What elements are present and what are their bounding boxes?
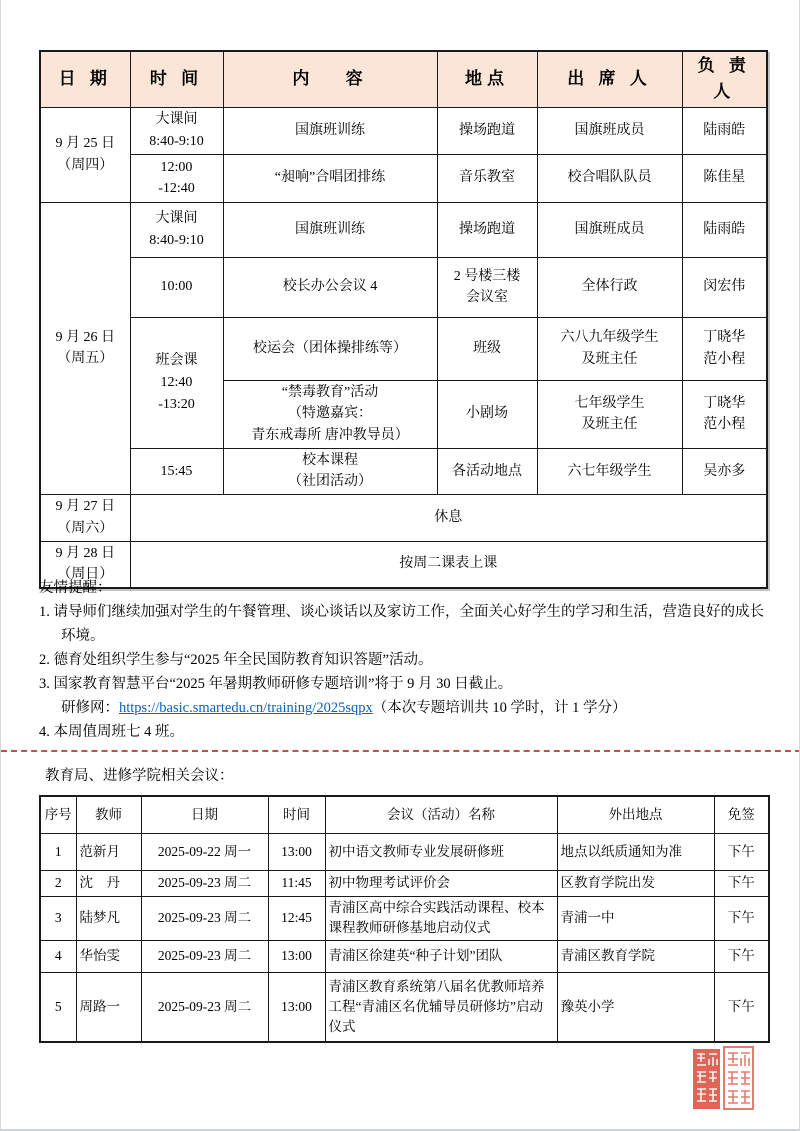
column-header-time: 时 间 [130, 51, 223, 107]
dashed-divider [1, 750, 800, 752]
reminder-item-3-sub: 研修网：https://basic.smartedu.cn/training/2… [39, 696, 771, 720]
content-cell: 校本课程 （社团活动） [223, 448, 437, 494]
date-cell: 2025-09-23 周二 [141, 940, 268, 972]
meetings-header-row: 序号 教师 日期 时间 会议（活动）名称 外出地点 免签 [40, 796, 769, 833]
content-cell: “禁毒教育”活动 （特邀嘉宾： 青东戒毒所 唐冲教导员） [223, 380, 437, 448]
teacher-cell: 周路一 [76, 972, 141, 1042]
column-header-meeting-name: 会议（活动）名称 [325, 796, 557, 833]
no-cell: 3 [40, 896, 76, 940]
owner-cell: 丁晓华 范小程 [682, 380, 767, 448]
owner-cell: 闵宏伟 [682, 257, 767, 317]
weekly-schedule-table: 日 期 时 间 内 容 地点 出 席 人 负 责 人 9 月 25 日 （周四）… [39, 50, 768, 589]
meetings-table: 序号 教师 日期 时间 会议（活动）名称 外出地点 免签 1 范新月 2025-… [39, 795, 770, 1043]
column-header-destination: 外出地点 [557, 796, 714, 833]
time-cell: 13:00 [268, 940, 325, 972]
exempt-cell: 下午 [714, 833, 769, 870]
attendees-cell: 六八九年级学生 及班主任 [537, 317, 682, 380]
column-header-time: 时间 [268, 796, 325, 833]
date-cell: 2025-09-23 周二 [141, 896, 268, 940]
training-site-label: 研修网： [61, 700, 119, 716]
no-cell: 1 [40, 833, 76, 870]
destination-cell: 青浦区教育学院 [557, 940, 714, 972]
content-cell: 休息 [130, 495, 767, 541]
teacher-cell: 华怡雯 [76, 940, 141, 972]
time-cell: 10:00 [130, 257, 223, 317]
meeting-name-cell: 青浦区教育系统第八届名优教师培养工程“青浦区名优辅导员研修坊”启动仪式 [325, 972, 557, 1042]
date-cell-sep27: 9 月 27 日 （周六） [40, 495, 130, 541]
column-header-teacher: 教师 [76, 796, 141, 833]
time-cell: 12:00 -12:40 [130, 154, 223, 202]
teacher-cell: 范新月 [76, 833, 141, 870]
date-cell: 2025-09-22 周一 [141, 833, 268, 870]
date-cell: 2025-09-23 周二 [141, 972, 268, 1042]
time-cell: 13:00 [268, 972, 325, 1042]
date-cell: 2025-09-23 周二 [141, 870, 268, 896]
red-seal-stamp [691, 1045, 755, 1113]
time-cell: 大课间 8:40-9:10 [130, 202, 223, 257]
time-cell: 大课间 8:40-9:10 [130, 107, 223, 154]
reminder-item-2: 2. 德育处组织学生参与“2025 年全民国防教育知识答题”活动。 [39, 648, 771, 672]
attendees-cell: 国旗班成员 [537, 107, 682, 154]
column-header-content: 内 容 [223, 51, 437, 107]
destination-cell: 青浦一中 [557, 896, 714, 940]
table-row: 9 月 25 日 （周四） 大课间 8:40-9:10 国旗班训练 操场跑道 国… [40, 107, 767, 154]
reminders-section: 友情提醒： 1. 请导师们继续加强对学生的午餐管理、谈心谈话以及家访工作，全面关… [39, 576, 771, 744]
content-cell: 国旗班训练 [223, 107, 437, 154]
document-page: 日 期 时 间 内 容 地点 出 席 人 负 责 人 9 月 25 日 （周四）… [0, 0, 800, 1131]
table-row: 1 范新月 2025-09-22 周一 13:00 初中语文教师专业发展研修班 … [40, 833, 769, 870]
content-cell: 国旗班训练 [223, 202, 437, 257]
time-cell: 15:45 [130, 448, 223, 494]
table-row: 班会课 12:40 -13:20 校运会（团体操排练等） 班级 六八九年级学生 … [40, 317, 767, 380]
content-cell: 校长办公会议 4 [223, 257, 437, 317]
meetings-section-title: 教育局、进修学院相关会议： [45, 764, 234, 785]
place-cell: 各活动地点 [437, 448, 537, 494]
meeting-name-cell: 青浦区高中综合实践活动课程、校本课程教师研修基地启动仪式 [325, 896, 557, 940]
date-cell-sep26: 9 月 26 日 （周五） [40, 202, 130, 494]
table-row: 5 周路一 2025-09-23 周二 13:00 青浦区教育系统第八届名优教师… [40, 972, 769, 1042]
attendees-cell: 国旗班成员 [537, 202, 682, 257]
table-row: 9 月 27 日 （周六） 休息 [40, 495, 767, 541]
place-cell: 操场跑道 [437, 107, 537, 154]
time-cell: 12:45 [268, 896, 325, 940]
date-cell-sep25: 9 月 25 日 （周四） [40, 107, 130, 202]
owner-cell: 陆雨皓 [682, 107, 767, 154]
place-cell: 操场跑道 [437, 202, 537, 257]
content-cell: 校运会（团体操排练等） [223, 317, 437, 380]
place-cell: 音乐教室 [437, 154, 537, 202]
time-cell: 13:00 [268, 833, 325, 870]
time-cell: 11:45 [268, 870, 325, 896]
time-cell: 班会课 12:40 -13:20 [130, 317, 223, 448]
attendees-cell: 校合唱队队员 [537, 154, 682, 202]
owner-cell: 吴亦多 [682, 448, 767, 494]
owner-cell: 丁晓华 范小程 [682, 317, 767, 380]
table-row: 9 月 26 日 （周五） 大课间 8:40-9:10 国旗班训练 操场跑道 国… [40, 202, 767, 257]
destination-cell: 豫英小学 [557, 972, 714, 1042]
exempt-cell: 下午 [714, 870, 769, 896]
table-row: 12:00 -12:40 “昶响”合唱团排练 音乐教室 校合唱队队员 陈佳星 [40, 154, 767, 202]
owner-cell: 陆雨皓 [682, 202, 767, 257]
place-cell: 班级 [437, 317, 537, 380]
reminders-title: 友情提醒： [39, 576, 771, 600]
column-header-place: 地点 [437, 51, 537, 107]
exempt-cell: 下午 [714, 940, 769, 972]
table-row: 10:00 校长办公会议 4 2 号楼三楼 会议室 全体行政 闵宏伟 [40, 257, 767, 317]
no-cell: 2 [40, 870, 76, 896]
teacher-cell: 陆梦凡 [76, 896, 141, 940]
owner-cell: 陈佳星 [682, 154, 767, 202]
reminder-item-4: 4. 本周值周班七 4 班。 [39, 720, 771, 744]
place-cell: 2 号楼三楼 会议室 [437, 257, 537, 317]
reminder-item-3: 3. 国家教育智慧平台“2025 年暑期教师研修专题培训”将于 9 月 30 日… [39, 672, 771, 696]
column-header-exempt: 免签 [714, 796, 769, 833]
destination-cell: 地点以纸质通知为准 [557, 833, 714, 870]
table-row: 4 华怡雯 2025-09-23 周二 13:00 青浦区徐建英“种子计划”团队… [40, 940, 769, 972]
column-header-attendees: 出 席 人 [537, 51, 682, 107]
column-header-date: 日 期 [40, 51, 130, 107]
meeting-name-cell: 初中语文教师专业发展研修班 [325, 833, 557, 870]
no-cell: 4 [40, 940, 76, 972]
reminder-item-1: 1. 请导师们继续加强对学生的午餐管理、谈心谈话以及家访工作，全面关心好学生的学… [39, 600, 771, 648]
destination-cell: 区教育学院出发 [557, 870, 714, 896]
schedule-header-row: 日 期 时 间 内 容 地点 出 席 人 负 责 人 [40, 51, 767, 107]
attendees-cell: 全体行政 [537, 257, 682, 317]
no-cell: 5 [40, 972, 76, 1042]
teacher-cell: 沈 丹 [76, 870, 141, 896]
training-site-note: （本次专题培训共 10 学时，计 1 学分） [373, 700, 627, 716]
table-row: 2 沈 丹 2025-09-23 周二 11:45 初中物理考试评价会 区教育学… [40, 870, 769, 896]
meeting-name-cell: 初中物理考试评价会 [325, 870, 557, 896]
content-cell: “昶响”合唱团排练 [223, 154, 437, 202]
column-header-date: 日期 [141, 796, 268, 833]
attendees-cell: 七年级学生 及班主任 [537, 380, 682, 448]
table-row: 3 陆梦凡 2025-09-23 周二 12:45 青浦区高中综合实践活动课程、… [40, 896, 769, 940]
column-header-owner: 负 责 人 [682, 51, 767, 107]
column-header-no: 序号 [40, 796, 76, 833]
place-cell: 小剧场 [437, 380, 537, 448]
meeting-name-cell: 青浦区徐建英“种子计划”团队 [325, 940, 557, 972]
table-row: 15:45 校本课程 （社团活动） 各活动地点 六七年级学生 吴亦多 [40, 448, 767, 494]
exempt-cell: 下午 [714, 972, 769, 1042]
attendees-cell: 六七年级学生 [537, 448, 682, 494]
training-site-link[interactable]: https://basic.smartedu.cn/training/2025s… [119, 700, 373, 716]
exempt-cell: 下午 [714, 896, 769, 940]
